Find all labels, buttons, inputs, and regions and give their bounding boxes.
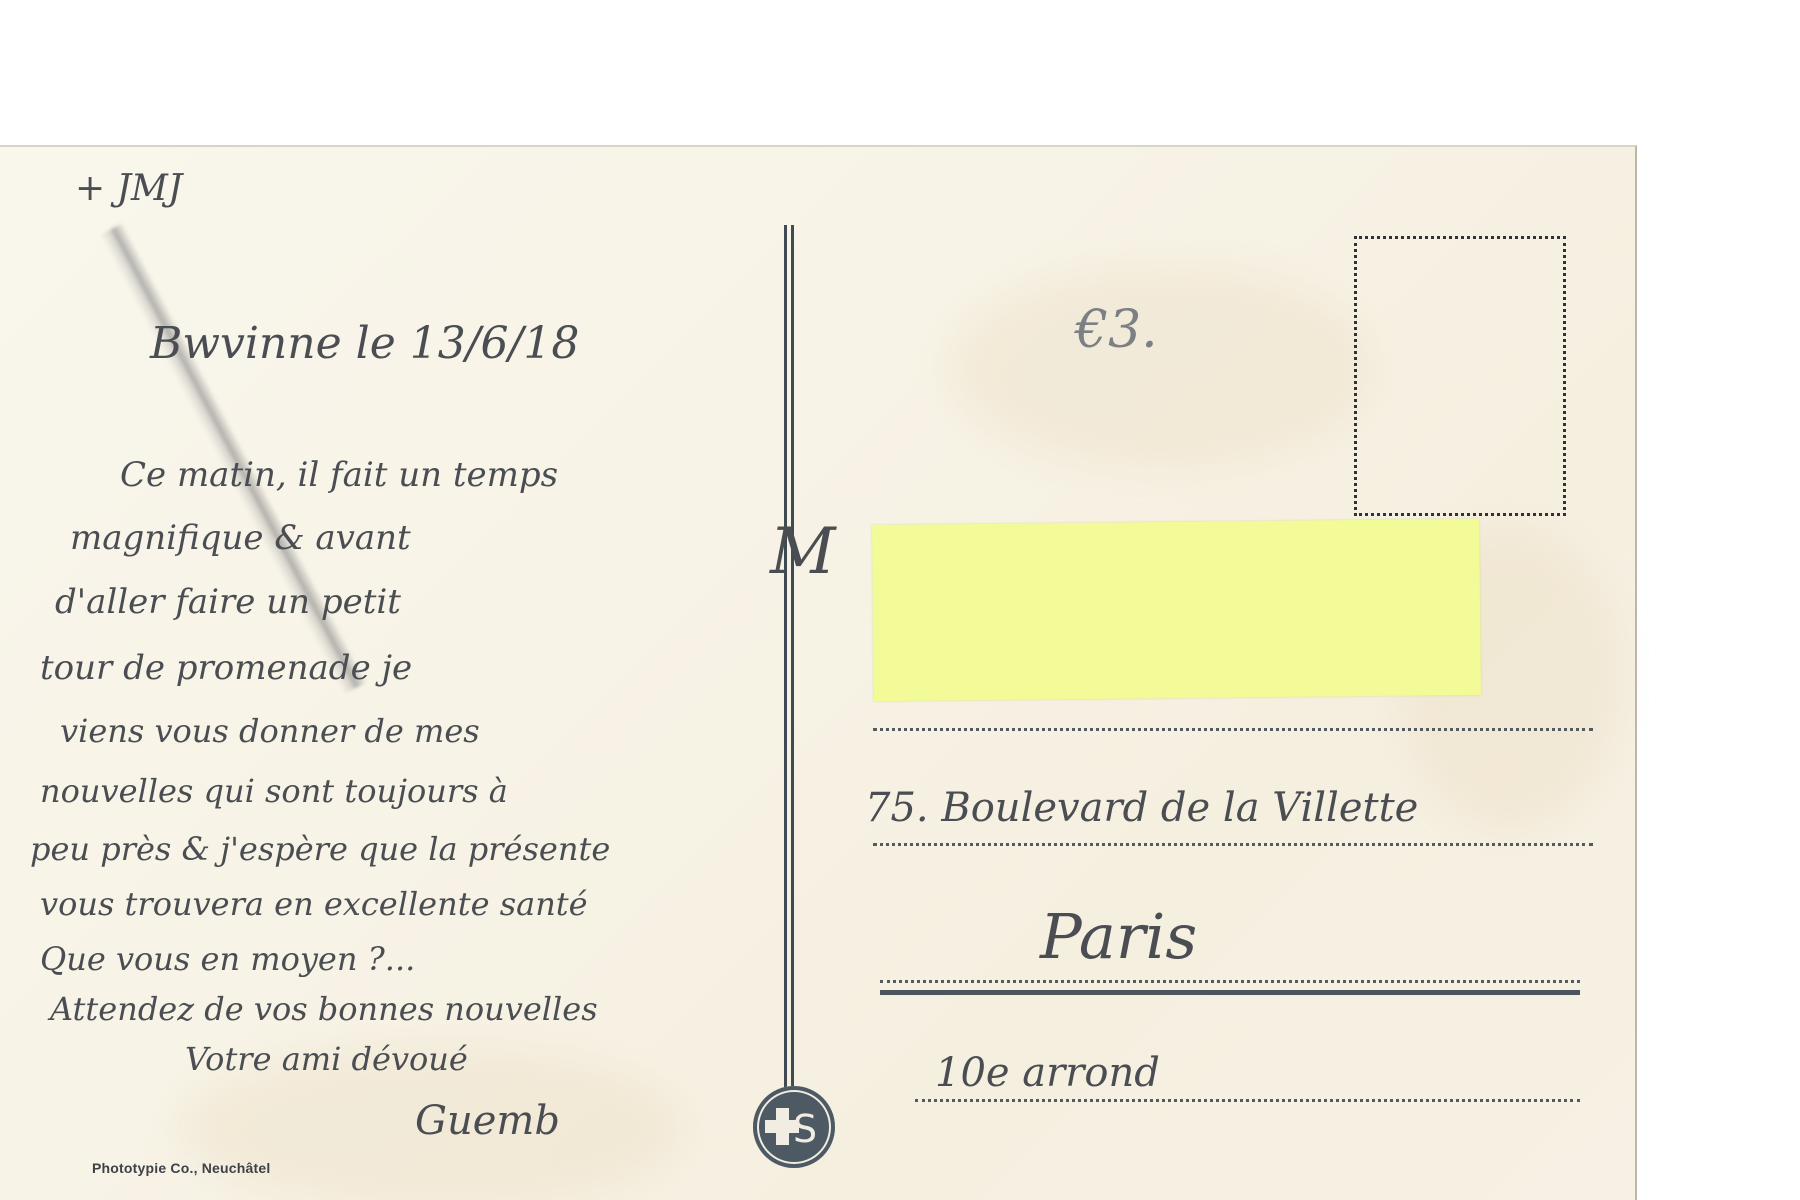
address-district: 10e arrond [935, 1050, 1160, 1096]
message-line: tour de promenade je [40, 648, 412, 688]
message-line: magnifique & avant [70, 518, 411, 558]
recipient-redaction [872, 519, 1481, 701]
message-line: d'aller faire un petit [55, 582, 401, 622]
recipient-handwriting-fragment: M [770, 515, 836, 589]
address-line-4 [915, 1099, 1580, 1102]
center-divider [784, 225, 794, 1087]
publisher-imprint: Phototypie Co., Neuchâtel [92, 1160, 270, 1176]
message-line: Attendez de vos bonnes nouvelles [50, 990, 598, 1028]
pencil-annotation: €3. [1075, 300, 1158, 360]
message-line: Ce matin, il fait un temps [120, 455, 558, 495]
message-line: Que vous en moyen ?... [40, 940, 415, 978]
message-line: peu près & j'espère que la présente [30, 830, 610, 868]
address-line-3 [880, 980, 1580, 983]
swiss-cross-s-logo-icon: S [753, 1086, 835, 1168]
message-line: nouvelles qui sont toujours à [40, 772, 508, 810]
address-line-1 [873, 728, 1593, 731]
header-mark: + JMJ [75, 168, 182, 209]
message-line: viens vous donner de mes [60, 712, 480, 750]
stamp-box [1354, 236, 1566, 516]
address-line-3-underline [880, 990, 1580, 995]
address-city: Paris [1040, 900, 1197, 973]
signature: Guemb [415, 1098, 560, 1144]
message-line: vous trouvera en excellente santé [40, 885, 588, 923]
paper-stain [950, 267, 1370, 467]
address-line-2 [873, 843, 1593, 846]
date-line: Bwvinne le 13/6/18 [150, 318, 579, 369]
logo-s-glyph: S [793, 1110, 817, 1148]
closing: Votre ami dévoué [185, 1040, 468, 1078]
address-street: 75. Boulevard de la Villette [865, 785, 1418, 831]
